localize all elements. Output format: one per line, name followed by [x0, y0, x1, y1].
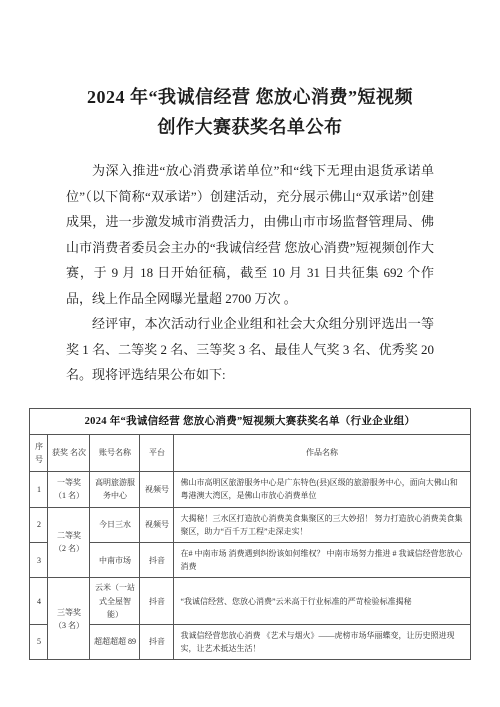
cell-account-name: 今日三水 — [90, 507, 140, 542]
cell-award-rank: 一等奖 （1 名） — [48, 472, 90, 507]
cell-platform: 抖音 — [140, 578, 174, 625]
table-title-row: 2024 年“我诚信经营 您放心消费”短视频大赛获奖名单（行业企业组） — [30, 408, 470, 434]
table-row: 5超超超超 89抖音我诚信经营您放心消费 《艺术与烟火》——虎榜市场华丽蝶变，让… — [30, 624, 470, 659]
table-row: 3中南市场抖音在# 中南市场 消费遇到纠纷该如何维权？ 中南市场努力推进 # 我… — [30, 542, 470, 577]
cell-platform: 抖音 — [140, 542, 174, 577]
table-row: 4三等奖 （3 名）云米（一站式全屋智能）抖音“我诚信经营、您放心消费”云米高于… — [30, 578, 470, 625]
cell-account-name: 云米（一站式全屋智能） — [90, 578, 140, 625]
table-header-row: 序号 获奖 名次 账号名称 平台 作品名称 — [30, 434, 470, 471]
cell-platform: 视频号 — [140, 507, 174, 542]
cell-work-title: 大揭秘！三水区打造放心消费美食集聚区的三大妙招！ 努力打造放心消费美食集聚区，助… — [174, 507, 470, 542]
header-account: 账号名称 — [90, 434, 140, 471]
header-work: 作品名称 — [174, 434, 470, 471]
awards-table-body: 1一等奖 （1 名）高明旅游服务中心视频号佛山市高明区旅游服务中心是广东特色(县… — [30, 472, 470, 660]
header-award: 获奖 名次 — [48, 434, 90, 471]
header-platform: 平台 — [140, 434, 174, 471]
cell-award-rank: 三等奖 （3 名） — [48, 578, 90, 660]
cell-account-name: 中南市场 — [90, 542, 140, 577]
cell-row-number: 5 — [30, 624, 48, 659]
cell-row-number: 1 — [30, 472, 48, 507]
cell-row-number: 3 — [30, 542, 48, 577]
cell-work-title: 在# 中南市场 消费遇到纠纷该如何维权？ 中南市场努力推进 # 我诚信经营您放心… — [174, 542, 470, 577]
cell-account-name: 超超超超 89 — [90, 624, 140, 659]
table-title: 2024 年“我诚信经营 您放心消费”短视频大赛获奖名单（行业企业组） — [30, 408, 470, 434]
cell-account-name: 高明旅游服务中心 — [90, 472, 140, 507]
awards-table: 2024 年“我诚信经营 您放心消费”短视频大赛获奖名单（行业企业组） 序号 获… — [29, 408, 470, 661]
paragraph-results: 经评审，本次活动行业企业组和社会大众组分别评选出一等奖 1 名、二等奖 2 名、… — [66, 311, 434, 388]
cell-work-title: “我诚信经营、您放心消费”云米高于行业标准的严苛检验标准揭秘 — [174, 578, 470, 625]
page-title-line1: 2024 年“我诚信经营 您放心消费”短视频 — [0, 82, 500, 112]
cell-work-title: 我诚信经营您放心消费 《艺术与烟火》——虎榜市场华丽蝶变，让历史照进现实，让艺术… — [174, 624, 470, 659]
cell-row-number: 4 — [30, 578, 48, 625]
cell-platform: 视频号 — [140, 472, 174, 507]
cell-row-number: 2 — [30, 507, 48, 542]
document-page: 2024 年“我诚信经营 您放心消费”短视频 创作大赛获奖名单公布 为深入推进“… — [0, 0, 500, 707]
page-title-line2: 创作大赛获奖名单公布 — [0, 112, 500, 142]
cell-platform: 抖音 — [140, 624, 174, 659]
table-row: 2二等奖 （2 名）今日三水视频号大揭秘！三水区打造放心消费美食集聚区的三大妙招… — [30, 507, 470, 542]
document-body: 为深入推进“放心消费承诺单位”和“线下无理由退货承诺单位”（以下简称“双承诺”）… — [66, 158, 434, 388]
header-no: 序号 — [30, 434, 48, 471]
cell-work-title: 佛山市高明区旅游服务中心是广东特色(县)区级的旅游服务中心，面向大佛山和粤港澳大… — [174, 472, 470, 507]
paragraph-intro: 为深入推进“放心消费承诺单位”和“线下无理由退货承诺单位”（以下简称“双承诺”）… — [66, 158, 434, 311]
cell-award-rank: 二等奖 （2 名） — [48, 507, 90, 578]
page-title: 2024 年“我诚信经营 您放心消费”短视频 创作大赛获奖名单公布 — [0, 82, 500, 142]
table-row: 1一等奖 （1 名）高明旅游服务中心视频号佛山市高明区旅游服务中心是广东特色(县… — [30, 472, 470, 507]
